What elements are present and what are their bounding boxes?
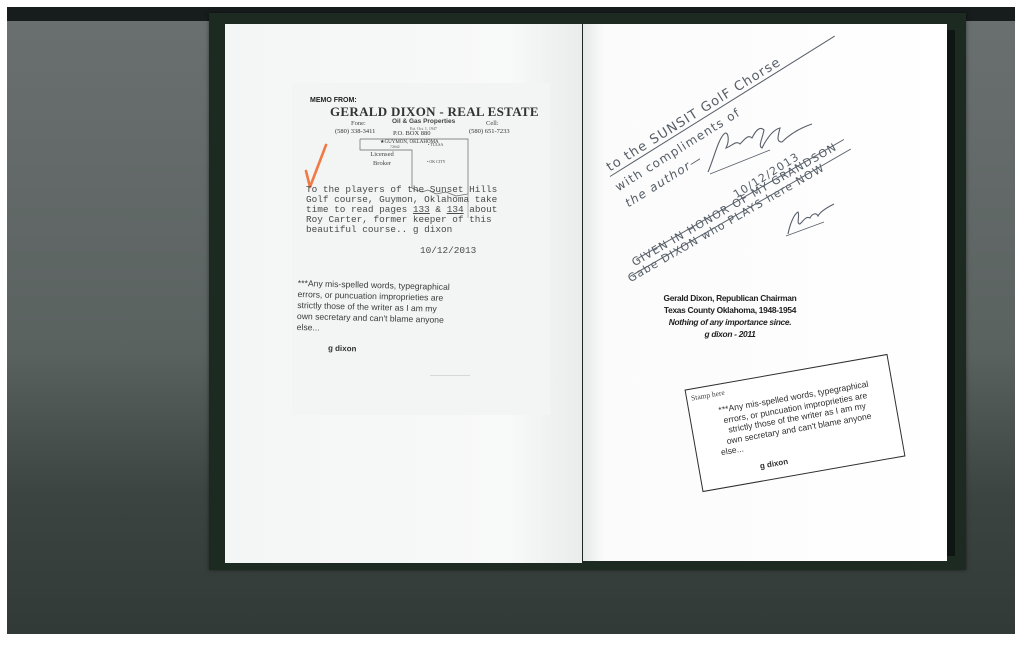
stamp-signature: g dixon bbox=[759, 457, 789, 471]
po-box: P.O. BOX 880 bbox=[393, 130, 431, 137]
memo-date: 10/12/2013 bbox=[420, 245, 476, 256]
memo-disclaimer: ***Any mis-spelled words, typegraphical … bbox=[297, 278, 508, 338]
cell-number: (580) 651-7233 bbox=[469, 128, 510, 135]
chairman-line: Gerald Dixon, Republican Chairman bbox=[643, 292, 817, 304]
phone-number: (580) 338-3411 bbox=[335, 128, 375, 135]
scan-artifact bbox=[430, 375, 470, 376]
stamp-here-label: Stamp here bbox=[690, 388, 725, 403]
typed-line: beautiful course.. g dixon bbox=[306, 225, 546, 235]
memo-clipping: MEMO FROM: GERALD DIXON - REAL ESTATE Fo… bbox=[292, 83, 550, 415]
memo-from-label: MEMO FROM: bbox=[310, 97, 357, 104]
memo-signature: g dixon bbox=[328, 344, 357, 354]
map-okc-label: • OK CITY bbox=[427, 159, 446, 164]
broker-text: Broker bbox=[362, 159, 402, 168]
map-zip: 73942 bbox=[390, 145, 400, 149]
licensed-broker-label: Licensed Broker bbox=[362, 150, 402, 168]
chairman-signature: g dixon - 2011 bbox=[643, 328, 817, 340]
phone-label: Fone: bbox=[351, 120, 366, 127]
grandson-signature bbox=[784, 200, 844, 240]
map-tulsa-label: • TULSA bbox=[428, 142, 443, 147]
cell-label: Cell: bbox=[486, 120, 499, 127]
page-block-edge bbox=[947, 30, 955, 556]
stamp-disclaimer: ***Any mis-spelled words, typegraphical … bbox=[699, 375, 895, 460]
licensed-text: Licensed bbox=[362, 150, 402, 159]
chairman-line: Nothing of any importance since. bbox=[643, 316, 817, 328]
memo-subtitle: Oil & Gas Properties bbox=[392, 118, 455, 125]
chairman-line: Texas County Oklahoma, 1948-1954 bbox=[643, 304, 817, 316]
memo-typed-message: To the players of the Sunset HillsGolf c… bbox=[306, 185, 546, 235]
chairman-stamp: Gerald Dixon, Republican Chairman Texas … bbox=[643, 292, 817, 340]
